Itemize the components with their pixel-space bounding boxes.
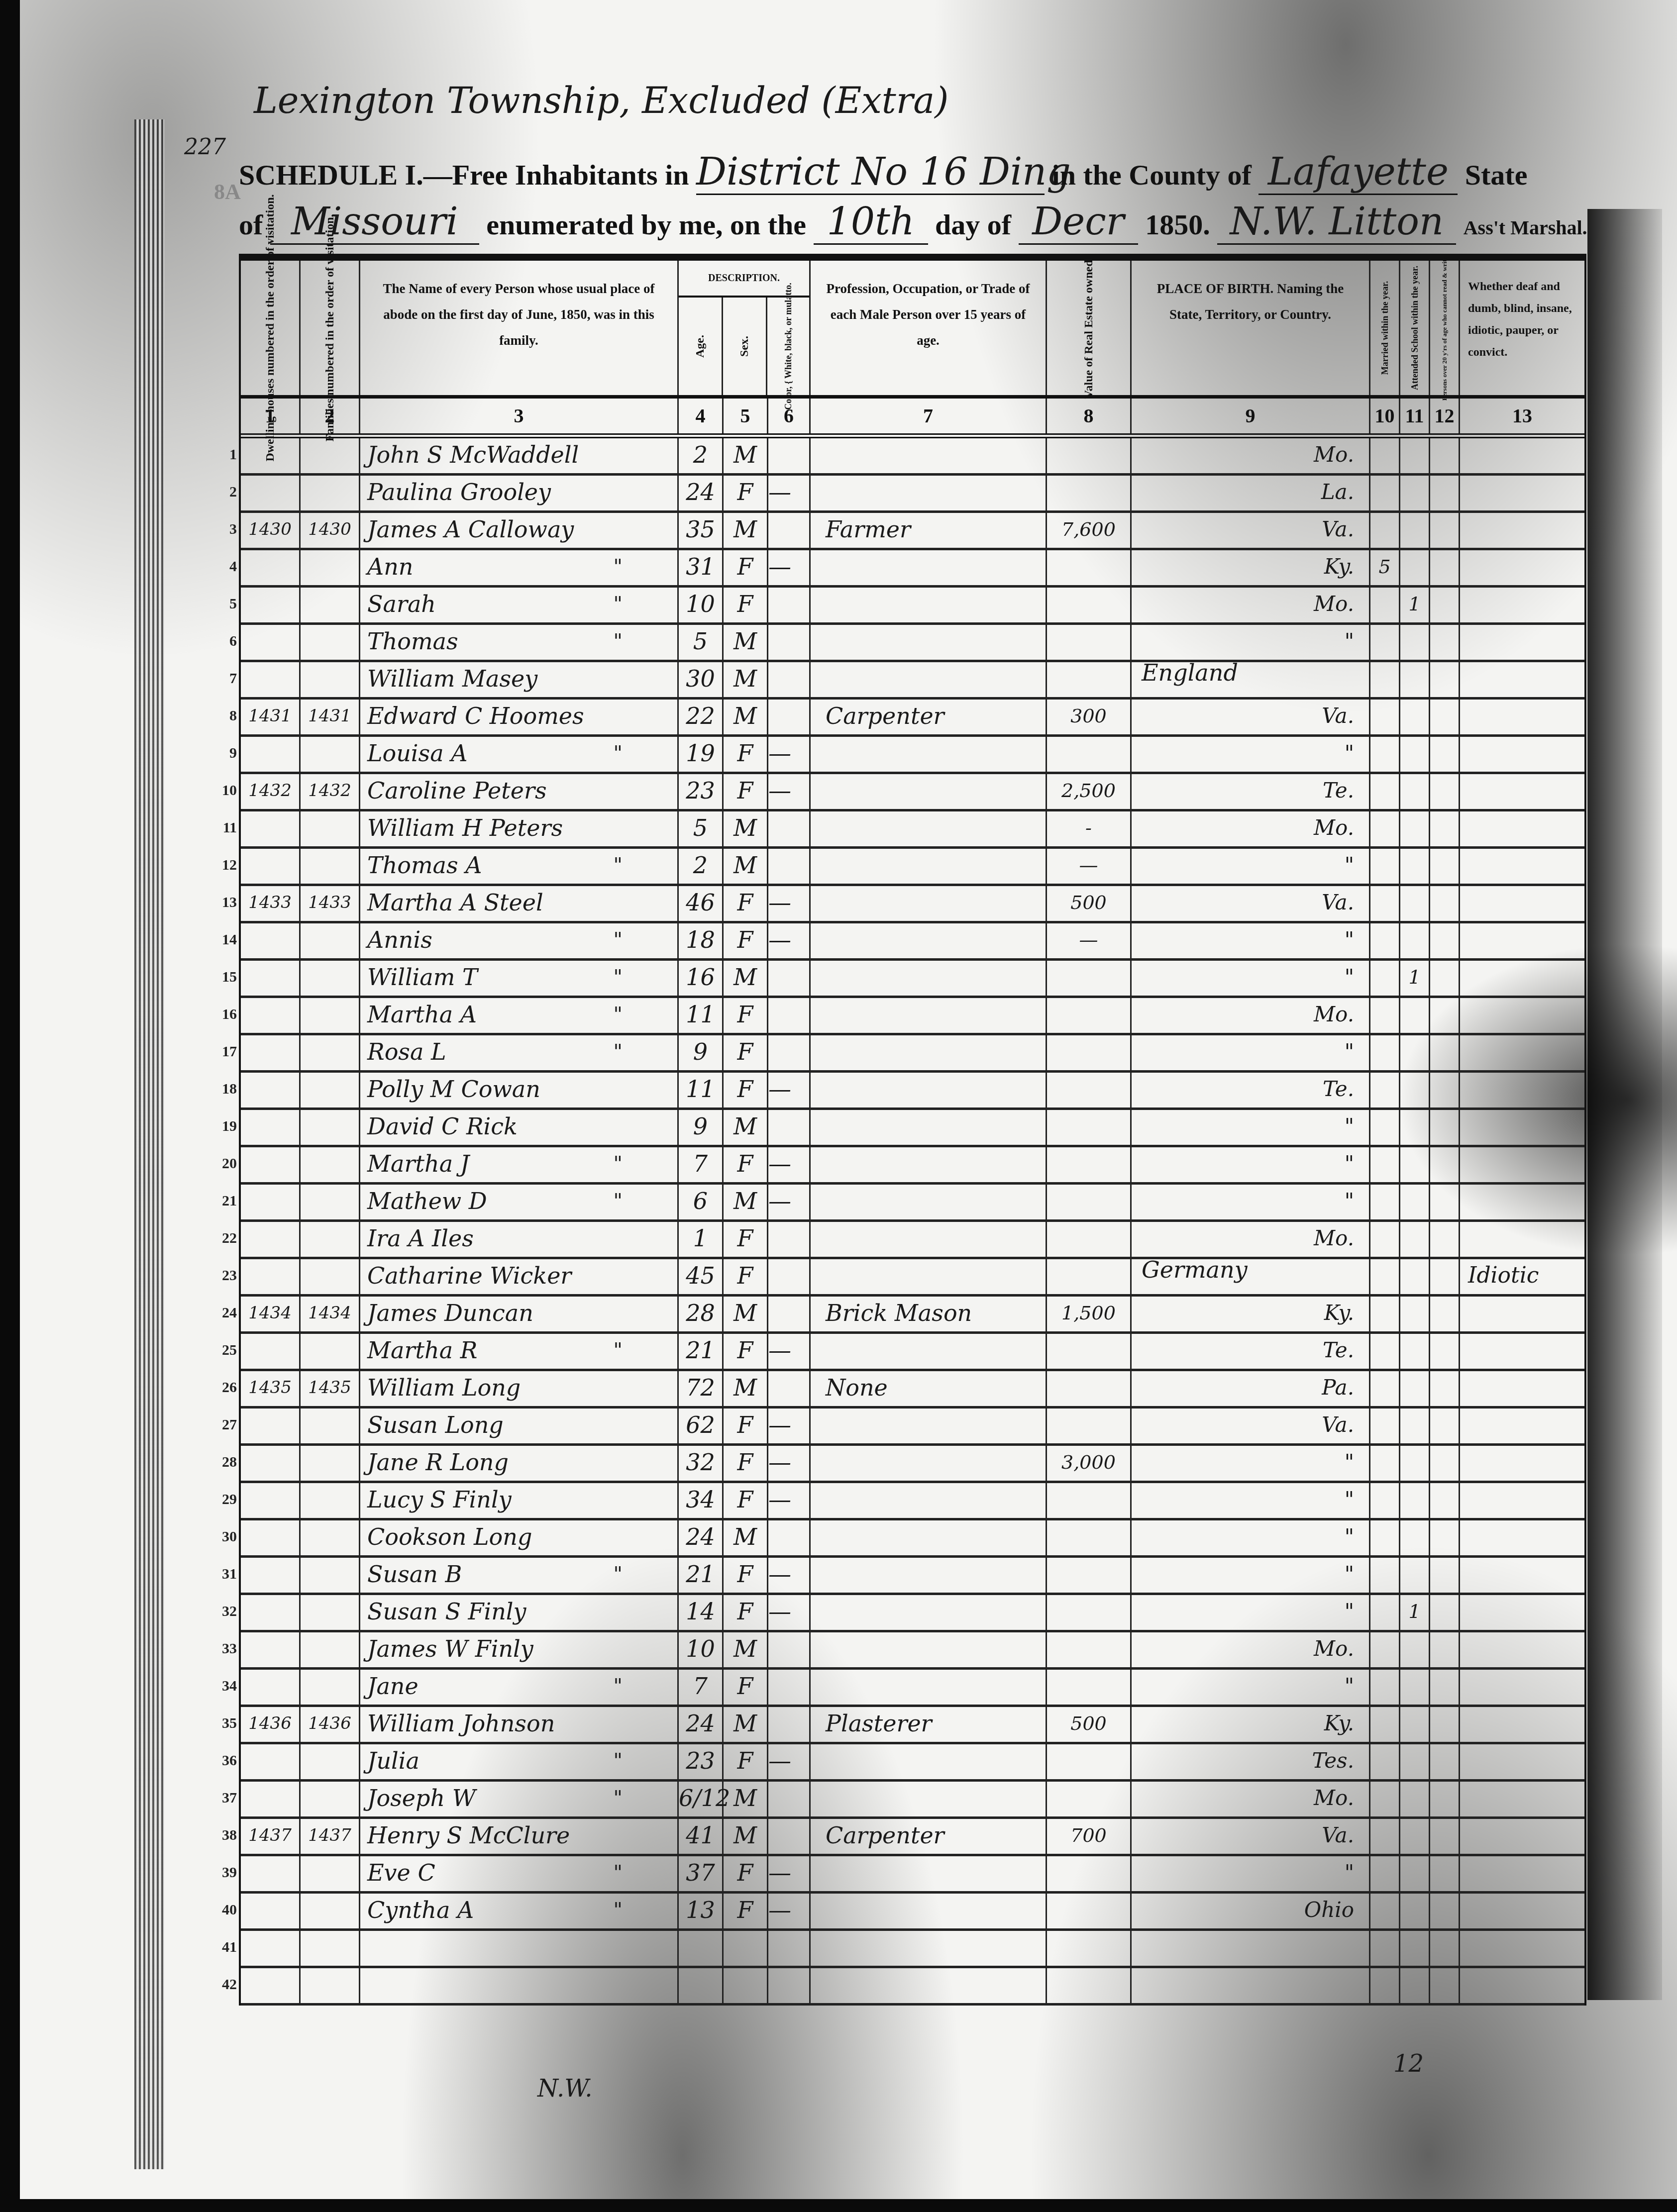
table-row: 42 [241, 1968, 1584, 2006]
ditto-mark: " [614, 1894, 623, 1926]
condition-cell [1460, 1782, 1584, 1816]
sex-cell: F [724, 1259, 768, 1294]
family-number [301, 1558, 360, 1593]
dwelling-number: 19 [241, 1110, 301, 1145]
dwelling-number: 9 [241, 737, 301, 772]
color-cell: — [768, 1856, 811, 1891]
birthplace-cell: " [1132, 1185, 1370, 1219]
real-estate-cell [1047, 1073, 1132, 1107]
table-row: 17Rosa L"9F" [241, 1035, 1584, 1073]
line-number: 42 [217, 1968, 237, 2001]
ditto-mark: " [614, 1856, 623, 1889]
schedule-label: SCHEDULE I.—Free Inhabitants in [239, 159, 689, 191]
table-row: 33James W Finly10MMo. [241, 1632, 1584, 1670]
occupation-cell [811, 588, 1047, 622]
birthplace-cell: " [1132, 961, 1370, 996]
age-cell: 16 [679, 961, 724, 996]
schedule-title-line-1: SCHEDULE I.—Free Inhabitants in District… [239, 149, 1527, 195]
illiterate-cell [1430, 1446, 1460, 1481]
column-number: 10 [1370, 399, 1400, 433]
line-number: 32 [217, 1595, 237, 1628]
married-cell [1370, 886, 1400, 921]
person-name: Jane" [360, 1670, 679, 1705]
occupation-cell [811, 1259, 1047, 1294]
dwelling-number: 2 [241, 476, 301, 510]
occupation-cell [811, 737, 1047, 772]
married-cell: 5 [1370, 550, 1400, 585]
color-cell [768, 1222, 811, 1257]
age-cell: 2 [679, 849, 724, 884]
sex-cell: F [724, 476, 768, 510]
age-cell: 62 [679, 1408, 724, 1443]
header-age: Age. [694, 335, 707, 358]
school-cell [1400, 1035, 1430, 1070]
sex-cell: M [724, 1520, 768, 1555]
real-estate-cell [1047, 1259, 1132, 1294]
dwelling-number: 22 [241, 1222, 301, 1257]
header-condition: Whether deaf and dumb, blind, insane, id… [1460, 261, 1584, 395]
real-estate-cell [1047, 1334, 1132, 1369]
line-number: 37 [217, 1782, 237, 1814]
birthplace-cell: " [1132, 1558, 1370, 1593]
family-number [301, 1931, 360, 1966]
table-row: 29Lucy S Finly34F—" [241, 1483, 1584, 1520]
birthplace-cell: Va. [1132, 886, 1370, 921]
age-cell: 7 [679, 1147, 724, 1182]
census-table: Dwelling-houses numbered in the order of… [239, 254, 1586, 2006]
table-row: 28Jane R Long32F—3,000" [241, 1446, 1584, 1483]
header-description-group: DESCRIPTION. Age. Sex. Color, { White, b… [679, 261, 811, 395]
illiterate-cell [1430, 923, 1460, 958]
table-row: 2614351435William Long72MNonePa. [241, 1371, 1584, 1408]
occupation-cell: Carpenter [811, 700, 1047, 734]
person-name: Ira A Iles [360, 1222, 679, 1257]
occupation-cell [811, 849, 1047, 884]
color-cell: — [768, 1147, 811, 1182]
real-estate-cell [1047, 476, 1132, 510]
illiterate-cell [1430, 1558, 1460, 1593]
condition-cell [1460, 1707, 1584, 1742]
ditto-mark: " [614, 1185, 623, 1217]
table-header: Dwelling-houses numbered in the order of… [241, 261, 1584, 399]
table-row: 36Julia"23F—Tes. [241, 1744, 1584, 1782]
birthplace-cell: " [1132, 1110, 1370, 1145]
condition-cell [1460, 1632, 1584, 1667]
dwelling-number: 31 [241, 1558, 301, 1593]
condition-cell [1460, 961, 1584, 996]
person-name [360, 1968, 679, 2003]
occupation-cell [811, 1595, 1047, 1630]
color-cell [768, 1297, 811, 1331]
occupation-cell [811, 1520, 1047, 1555]
table-row: 21Mathew D"6M—" [241, 1185, 1584, 1222]
color-cell: — [768, 1185, 811, 1219]
ditto-mark: " [614, 849, 623, 882]
person-name: Ann" [360, 550, 679, 585]
sex-cell: F [724, 1483, 768, 1518]
sex-cell [724, 1931, 768, 1966]
birthplace-cell [1132, 1968, 1370, 2003]
married-cell [1370, 849, 1400, 884]
school-cell [1400, 998, 1430, 1033]
sex-cell: M [724, 1632, 768, 1667]
person-name: James Duncan [360, 1297, 679, 1331]
school-cell [1400, 1520, 1430, 1555]
age-cell: 30 [679, 662, 724, 697]
margin-note: Lexington Township, Excluded (Extra) [254, 80, 948, 121]
line-number: 12 [217, 849, 237, 882]
table-row: 9Louisa A"19F—" [241, 737, 1584, 774]
table-row: 1John S McWaddell2MMo. [241, 438, 1584, 476]
line-number: 18 [217, 1073, 237, 1106]
census-page: Lexington Township, Excluded (Extra) 227… [20, 0, 1677, 2199]
person-name: Thomas" [360, 625, 679, 660]
dwelling-number: 351436 [241, 1707, 301, 1742]
illiterate-cell [1430, 811, 1460, 846]
stamp-number: 8A [214, 179, 241, 204]
birthplace-cell: Te. [1132, 774, 1370, 809]
birthplace-cell: " [1132, 923, 1370, 958]
person-name: Julia" [360, 1744, 679, 1779]
occupation-cell [811, 886, 1047, 921]
ditto-mark: " [614, 550, 623, 583]
person-name: Edward C Hoomes [360, 700, 679, 734]
birthplace-cell: " [1132, 1035, 1370, 1070]
real-estate-cell [1047, 1147, 1132, 1182]
line-number: 29 [217, 1483, 237, 1516]
person-name: James W Finly [360, 1632, 679, 1667]
birthplace-cell: Te. [1132, 1334, 1370, 1369]
school-cell: 1 [1400, 961, 1430, 996]
real-estate-cell [1047, 1744, 1132, 1779]
condition-cell [1460, 1110, 1584, 1145]
ditto-mark: " [614, 1744, 623, 1777]
occupation-cell [811, 1968, 1047, 2003]
birthplace-cell: Pa. [1132, 1371, 1370, 1406]
table-row: 4Ann"31F—Ky.5 [241, 550, 1584, 588]
school-cell [1400, 513, 1430, 548]
family-number [301, 998, 360, 1033]
school-cell [1400, 662, 1430, 697]
real-estate-cell [1047, 1894, 1132, 1928]
condition-cell [1460, 1371, 1584, 1406]
condition-cell [1460, 1035, 1584, 1070]
age-cell: 45 [679, 1259, 724, 1294]
family-number [301, 923, 360, 958]
married-cell [1370, 1856, 1400, 1891]
line-number: 1 [217, 438, 237, 471]
birthplace-cell: Mo. [1132, 1222, 1370, 1257]
enumerated-label: enumerated by me, on the [486, 208, 806, 241]
line-number: 16 [217, 998, 237, 1031]
birthplace-cell: " [1132, 1147, 1370, 1182]
person-name: Paulina Grooley [360, 476, 679, 510]
school-cell [1400, 1782, 1430, 1816]
school-cell: 1 [1400, 1595, 1430, 1630]
line-number: 35 [217, 1707, 237, 1740]
age-cell: 6 [679, 1185, 724, 1219]
illiterate-cell [1430, 1894, 1460, 1928]
married-cell [1370, 1595, 1400, 1630]
real-estate-cell [1047, 1632, 1132, 1667]
birthplace-cell: Te. [1132, 1073, 1370, 1107]
table-row: 14Annis"18F——" [241, 923, 1584, 961]
family-number [301, 1222, 360, 1257]
line-number: 9 [217, 737, 237, 770]
person-name: David C Rick [360, 1110, 679, 1145]
page-shadow [1587, 209, 1662, 2000]
school-cell [1400, 1073, 1430, 1107]
header-birthplace: PLACE OF BIRTH. Naming the State, Territ… [1132, 261, 1370, 395]
real-estate-cell [1047, 1558, 1132, 1593]
illiterate-cell [1430, 1632, 1460, 1667]
table-row: 18Polly M Cowan11F—Te. [241, 1073, 1584, 1110]
illiterate-cell [1430, 961, 1460, 996]
illiterate-cell [1430, 438, 1460, 473]
school-cell [1400, 1968, 1430, 2003]
person-name: Annis" [360, 923, 679, 958]
dwelling-number: 30 [241, 1520, 301, 1555]
line-number: 36 [217, 1744, 237, 1777]
person-name: Henry S McClure [360, 1819, 679, 1854]
dwelling-number: 4 [241, 550, 301, 585]
family-number: 1432 [301, 774, 360, 809]
footer-initials: N.W. [537, 2075, 592, 2103]
real-estate-cell [1047, 1110, 1132, 1145]
color-cell: — [768, 1558, 811, 1593]
dwelling-number: 381437 [241, 1819, 301, 1854]
occupation-cell [811, 438, 1047, 473]
occupation-cell: Farmer [811, 513, 1047, 548]
color-cell: — [768, 923, 811, 958]
illiterate-cell [1430, 1147, 1460, 1182]
school-cell [1400, 1744, 1430, 1779]
age-cell: 24 [679, 1707, 724, 1742]
age-cell: 24 [679, 1520, 724, 1555]
birthplace-cell: " [1132, 625, 1370, 660]
occupation-cell [811, 1408, 1047, 1443]
age-cell: 11 [679, 998, 724, 1033]
sex-cell: F [724, 1073, 768, 1107]
family-number [301, 1073, 360, 1107]
condition-cell [1460, 1856, 1584, 1891]
table-row: 25Martha R"21F—Te. [241, 1334, 1584, 1371]
sex-cell: M [724, 625, 768, 660]
condition-cell [1460, 1222, 1584, 1257]
birthplace-cell: Ky. [1132, 1707, 1370, 1742]
condition-cell [1460, 1968, 1584, 2003]
birthplace-cell: Va. [1132, 513, 1370, 548]
color-cell [768, 1931, 811, 1966]
married-cell [1370, 1334, 1400, 1369]
married-cell [1370, 438, 1400, 473]
real-estate-cell: 500 [1047, 1707, 1132, 1742]
sex-cell: F [724, 1595, 768, 1630]
occupation-cell: Carpenter [811, 1819, 1047, 1854]
dwelling-number: 41 [241, 1931, 301, 1966]
family-number [301, 1520, 360, 1555]
school-cell [1400, 1259, 1430, 1294]
sex-cell: M [724, 961, 768, 996]
family-number [301, 737, 360, 772]
condition-cell [1460, 476, 1584, 510]
table-row: 32Susan S Finly14F—"1 [241, 1595, 1584, 1632]
sex-cell: M [724, 1185, 768, 1219]
dwelling-number: 40 [241, 1894, 301, 1928]
person-name: William Johnson [360, 1707, 679, 1742]
dwelling-number: 16 [241, 998, 301, 1033]
school-cell [1400, 550, 1430, 585]
marshal-signature: N.W. Litton [1217, 199, 1456, 245]
family-number [301, 1968, 360, 2003]
real-estate-cell: 2,500 [1047, 774, 1132, 809]
table-row: 7William Masey30MEngland [241, 662, 1584, 700]
occupation-cell [811, 476, 1047, 510]
dwelling-number: 32 [241, 1595, 301, 1630]
dwelling-number: 6 [241, 625, 301, 660]
line-number: 26 [217, 1371, 237, 1404]
column-number: 3 [360, 399, 679, 433]
family-number [301, 1632, 360, 1667]
table-row: 20Martha J"7F—" [241, 1147, 1584, 1185]
family-number [301, 1259, 360, 1294]
table-row: 1014321432Caroline Peters23F—2,500Te. [241, 774, 1584, 811]
age-cell: 23 [679, 1744, 724, 1779]
state-field: Missouri [270, 199, 479, 245]
occupation-cell: Plasterer [811, 1707, 1047, 1742]
line-number: 30 [217, 1520, 237, 1553]
married-cell [1370, 1408, 1400, 1443]
condition-cell [1460, 998, 1584, 1033]
line-number: 21 [217, 1185, 237, 1217]
married-cell [1370, 1185, 1400, 1219]
family-number [301, 1334, 360, 1369]
real-estate-cell [1047, 998, 1132, 1033]
person-name: Jane R Long [360, 1446, 679, 1481]
married-cell [1370, 1222, 1400, 1257]
occupation-cell: None [811, 1371, 1047, 1406]
sex-cell: F [724, 1744, 768, 1779]
ditto-mark: " [614, 998, 623, 1031]
ditto-mark: " [614, 1035, 623, 1068]
married-cell [1370, 1558, 1400, 1593]
dwelling-number: 261435 [241, 1371, 301, 1406]
school-cell [1400, 849, 1430, 884]
real-estate-cell [1047, 1371, 1132, 1406]
real-estate-cell [1047, 1185, 1132, 1219]
line-number: 14 [217, 923, 237, 956]
line-number: 33 [217, 1632, 237, 1665]
table-row: 11William H Peters5M-Mo. [241, 811, 1584, 849]
schedule-title-line-2: of Missouri enumerated by me, on the 10t… [239, 199, 1587, 245]
color-cell: — [768, 1595, 811, 1630]
person-name: Susan Long [360, 1408, 679, 1443]
marshal-label: Ass't Marshal. [1464, 216, 1587, 239]
condition-cell: Idiotic [1460, 1259, 1584, 1294]
dwelling-number: 23 [241, 1259, 301, 1294]
column-number: 2 [301, 399, 360, 433]
sex-cell: F [724, 998, 768, 1033]
column-number: 12 [1430, 399, 1460, 433]
age-cell: 5 [679, 625, 724, 660]
color-cell [768, 662, 811, 697]
line-number: 11 [217, 811, 237, 844]
illiterate-cell [1430, 1931, 1460, 1966]
person-name: Martha A" [360, 998, 679, 1033]
married-cell [1370, 1931, 1400, 1966]
school-cell [1400, 1185, 1430, 1219]
family-number [301, 1782, 360, 1816]
occupation-cell [811, 1110, 1047, 1145]
person-name: Polly M Cowan [360, 1073, 679, 1107]
line-number: 19 [217, 1110, 237, 1143]
birthplace-cell: Va. [1132, 1408, 1370, 1443]
table-body: 1John S McWaddell2MMo.2Paulina Grooley24… [241, 438, 1584, 2006]
ditto-mark: " [614, 1558, 623, 1591]
condition-cell [1460, 1334, 1584, 1369]
married-cell [1370, 811, 1400, 846]
color-cell [768, 588, 811, 622]
table-row: 1314331433Martha A Steel46F—500Va. [241, 886, 1584, 923]
real-estate-cell [1047, 662, 1132, 697]
dwelling-number: 12 [241, 849, 301, 884]
person-name: William T" [360, 961, 679, 996]
age-cell: 31 [679, 550, 724, 585]
color-cell [768, 1707, 811, 1742]
family-number [301, 662, 360, 697]
person-name: Cyntha A" [360, 1894, 679, 1928]
sex-cell: F [724, 1856, 768, 1891]
married-cell [1370, 923, 1400, 958]
illiterate-cell [1430, 476, 1460, 510]
school-cell [1400, 438, 1430, 473]
real-estate-cell [1047, 1782, 1132, 1816]
school-cell [1400, 811, 1430, 846]
line-number: 38 [217, 1819, 237, 1852]
line-number: 31 [217, 1558, 237, 1591]
person-name: Rosa L" [360, 1035, 679, 1070]
occupation-cell: Brick Mason [811, 1297, 1047, 1331]
age-cell: 18 [679, 923, 724, 958]
header-married: Married within the year. [1378, 281, 1391, 375]
age-cell: 72 [679, 1371, 724, 1406]
table-row: 39Eve C"37F—" [241, 1856, 1584, 1894]
family-number [301, 1035, 360, 1070]
school-cell [1400, 1856, 1430, 1891]
condition-cell [1460, 1595, 1584, 1630]
occupation-cell [811, 998, 1047, 1033]
person-name: Caroline Peters [360, 774, 679, 809]
footer-page-mark: 12 [1393, 2050, 1424, 2078]
column-number: 1 [241, 399, 301, 433]
condition-cell [1460, 1147, 1584, 1182]
line-number: 4 [217, 550, 237, 583]
birthplace-cell: " [1132, 1520, 1370, 1555]
table-row: 22Ira A Iles1FMo. [241, 1222, 1584, 1259]
age-cell: 21 [679, 1558, 724, 1593]
dwelling-number: 39 [241, 1856, 301, 1891]
condition-cell [1460, 662, 1584, 697]
birthplace-cell: Ohio [1132, 1894, 1370, 1928]
dwelling-number: 21 [241, 1185, 301, 1219]
married-cell [1370, 513, 1400, 548]
sex-cell: M [724, 438, 768, 473]
sex-cell: F [724, 1670, 768, 1705]
person-name: James A Calloway [360, 513, 679, 548]
sex-cell: F [724, 588, 768, 622]
school-cell [1400, 1558, 1430, 1593]
person-name: Martha R" [360, 1334, 679, 1369]
